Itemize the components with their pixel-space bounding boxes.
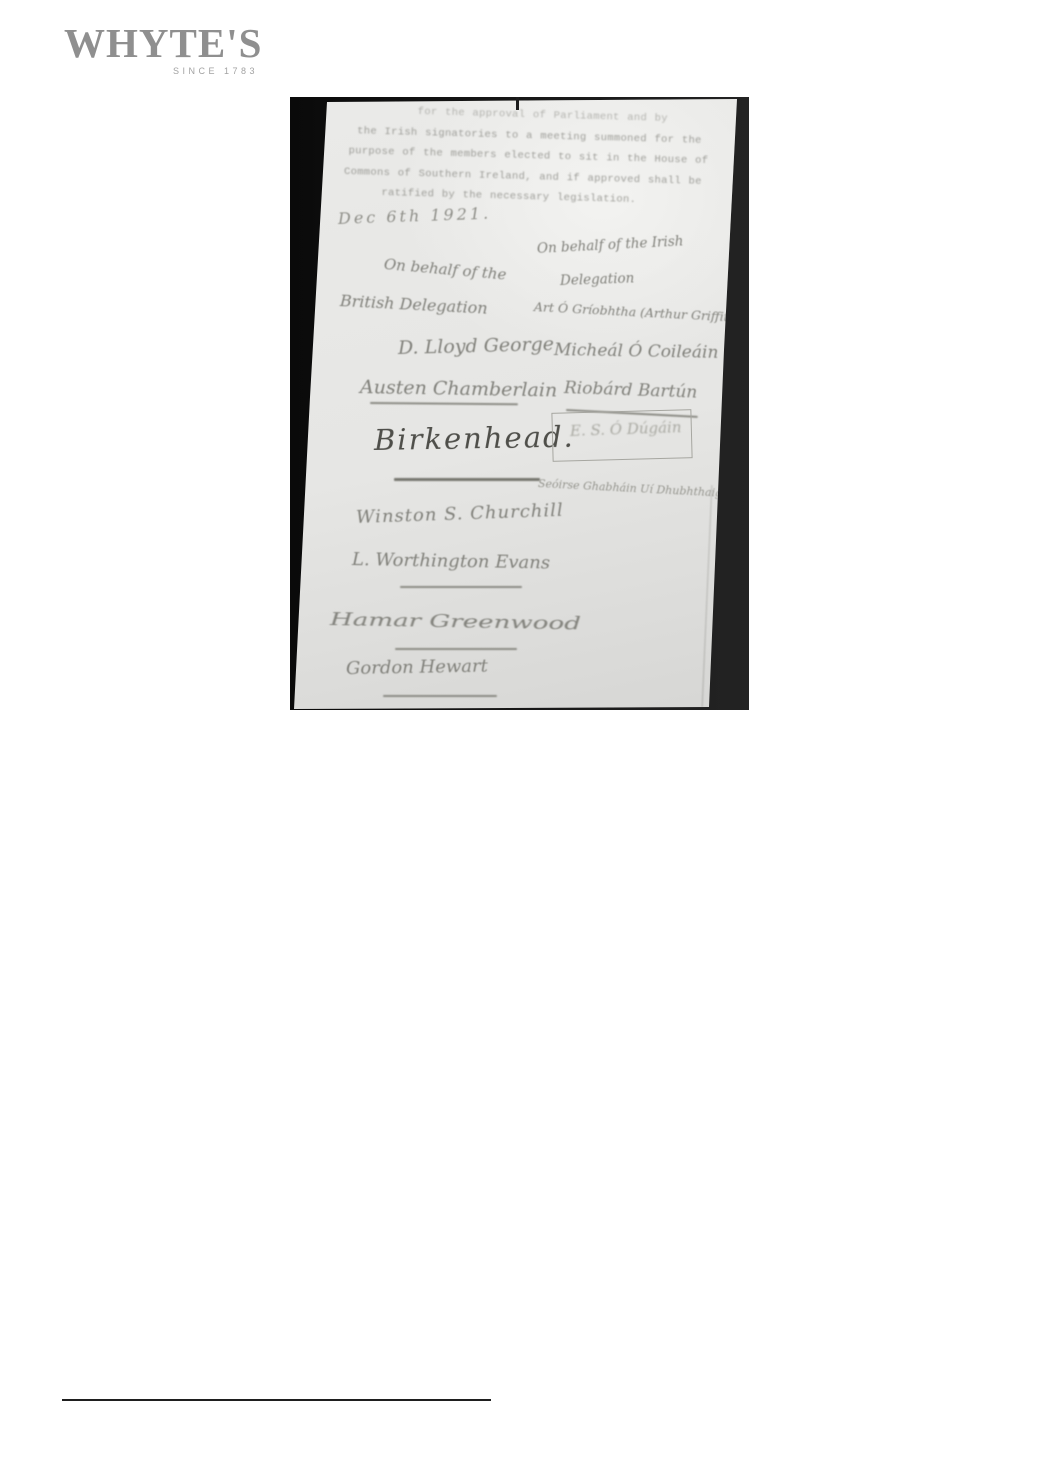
signature-gordon-hewart: Gordon Hewart: [346, 656, 488, 679]
underline-chamberlain: [370, 402, 518, 405]
signature-austen-chamberlain: Austen Chamberlain: [360, 376, 558, 401]
british-delegation-header-line1: On behalf of the: [383, 255, 507, 284]
signature-birkenhead: Birkenhead.: [374, 419, 575, 456]
signature-hamar-greenwood: Hamar Greenwood: [330, 609, 581, 634]
photo-ink-layer: for the approval of Parliament and by th…: [290, 97, 749, 710]
signature-robert-barton: Riobárd Bartún: [564, 378, 698, 403]
underline-hewart: [383, 695, 497, 697]
irish-delegation-header-line1: On behalf of the Irish: [537, 233, 684, 257]
signature-arthur-griffith: Art Ó Gríobhtha (Arthur Griffith): [534, 299, 742, 325]
typed-paragraph: for the approval of Parliament and by th…: [345, 100, 710, 213]
paper-crease: [701, 485, 713, 707]
underline-birkenhead: [394, 478, 540, 481]
handwritten-date: Dec 6th 1921.: [338, 204, 492, 228]
whytes-logo: WHYTE'S SINCE 1783: [64, 22, 260, 76]
underline-worthington-evans: [400, 586, 522, 588]
signature-lloyd-george: D. Lloyd George: [398, 333, 555, 359]
signature-winston-churchill: Winston S. Churchill: [356, 500, 564, 528]
irish-delegation-header-line2: Delegation: [560, 270, 635, 289]
signature-michael-collins: Micheál Ó Coileáin: [554, 340, 719, 363]
underline-greenwood: [395, 648, 517, 650]
british-delegation-header-line2: British Delegation: [340, 291, 489, 318]
footnote-rule: [62, 1399, 491, 1401]
logo-wordmark: WHYTE'S: [64, 22, 260, 65]
treaty-photo: for the approval of Parliament and by th…: [290, 97, 749, 710]
signature-worthington-evans: L. Worthington Evans: [352, 549, 550, 573]
signature-gavan-duffy: Seóirse Ghabháin Uí Dhubhthaigh: [538, 477, 730, 500]
logo-tagline: SINCE 1783: [64, 66, 260, 76]
